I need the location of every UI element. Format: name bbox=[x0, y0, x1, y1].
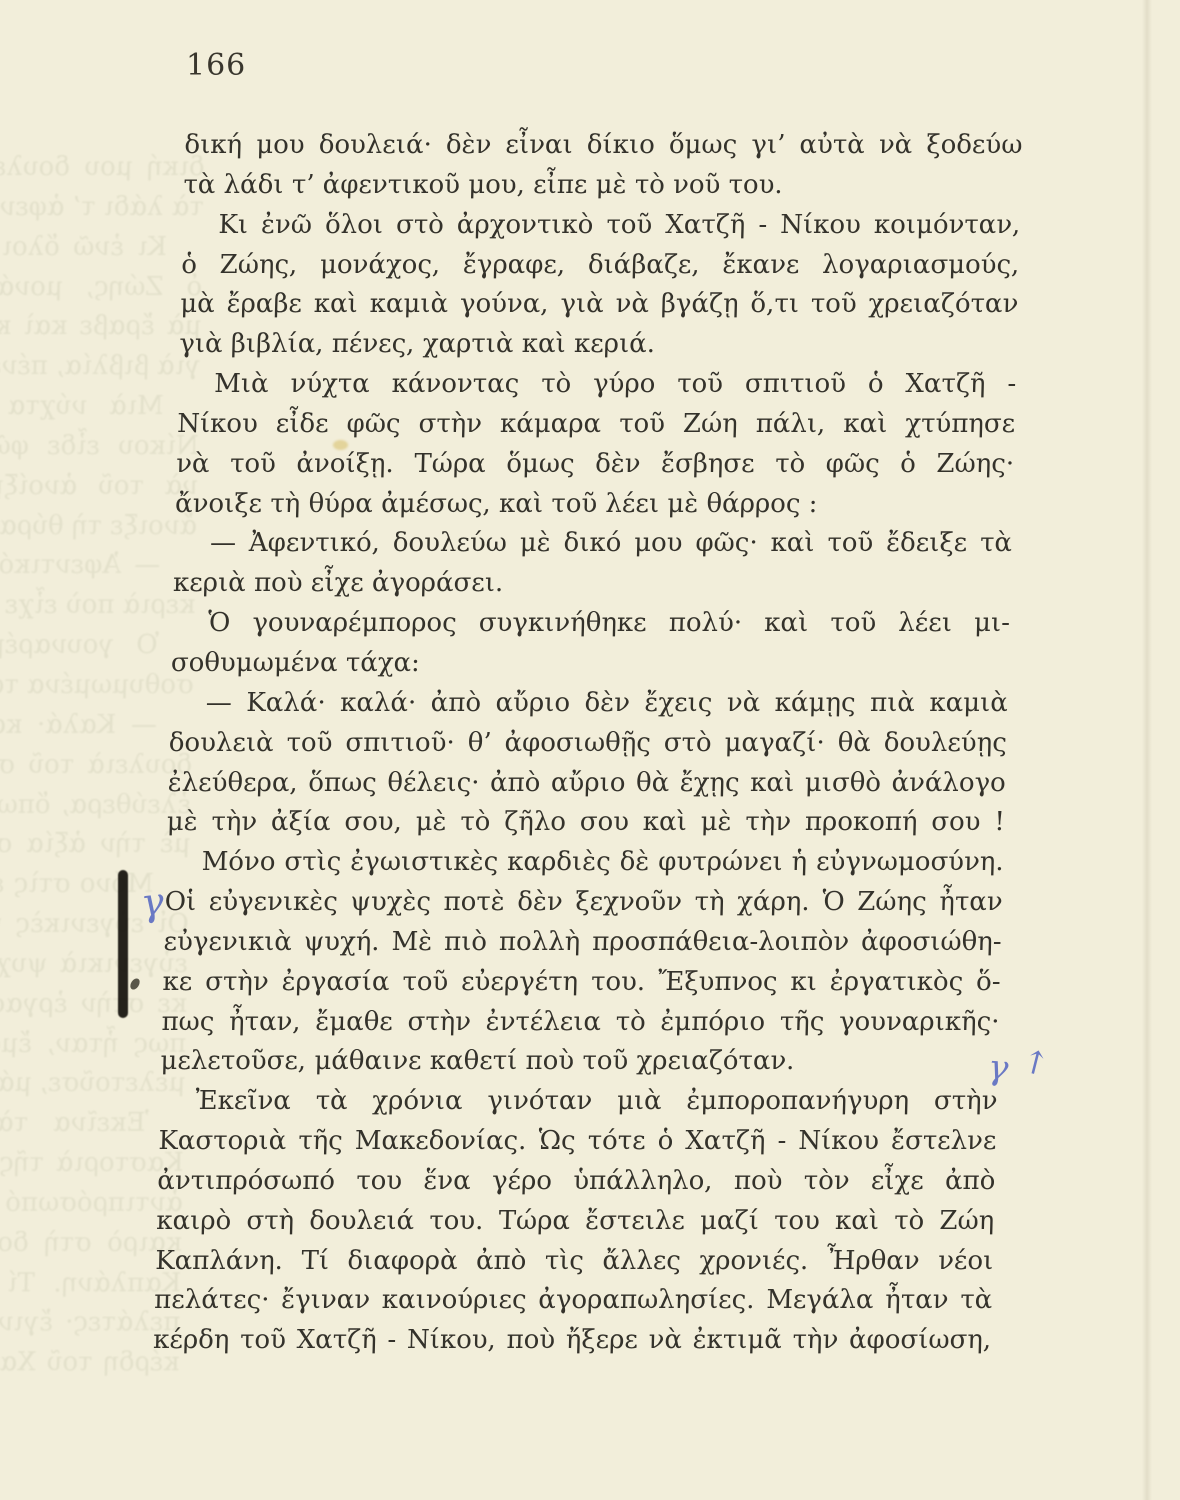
ghost-text-line: Ἐκεῖνα τὰ χρόνια γινόταν μιὰ ἐμποροπανήγ… bbox=[0, 1104, 185, 1144]
text-line: νὰ τοῦ ἀνοίξῃ. Τώρα ὅμως δὲν ἔσβησε τὸ φ… bbox=[176, 445, 1015, 485]
ghost-text-line: ἐλεύθερα, ὅπως θέλεις· ἀπὸ αὔριο θὰ ἔχῃς… bbox=[0, 786, 192, 826]
ghost-text-line: Κι ἐνῶ ὅλοι στὸ ἀρχοντικὸ τοῦ Χατζῆ - Νί… bbox=[0, 228, 203, 268]
text-line: Ἐκεῖνα τὰ χρόνια γινόταν μιὰ ἐμποροπανήγ… bbox=[159, 1082, 998, 1122]
body-text: δική μου δουλειά· δὲν εἶναι δίκιο ὅμως γ… bbox=[153, 126, 1023, 1361]
text-line: μὲ τὴν ἀξία σου, μὲ τὸ ζῆλο σου καὶ μὲ τ… bbox=[166, 803, 1005, 843]
ghost-text-line: Μόνο στὶς ἐγωιστικὲς καρδιὲς δὲ φυτρώνει… bbox=[0, 865, 190, 905]
text-line: Ὁ γουναρέμπορος συγκινήθηκε πολύ· καὶ το… bbox=[171, 604, 1010, 644]
ghost-text-line: Ὁ γουναρέμπορος συγκινήθηκε πολύ· καὶ το… bbox=[0, 626, 195, 666]
scan-artifact-strip bbox=[118, 870, 128, 1018]
ghost-text-line: δική μου δουλειά· δὲν εἶναι δίκιο ὅμως γ… bbox=[0, 148, 205, 188]
ghost-text-line: δουλειὰ τοῦ σπιτιοῦ· θ’ ἀφοσιωθῇς στὸ μα… bbox=[0, 746, 192, 786]
text-line: πως ἦταν, ἔμαθε στὴν ἐντέλεια τὸ ἐμπόριο… bbox=[161, 1003, 1000, 1043]
ghost-text-line: μὰ ἔραβε καὶ καμιὰ γούνα, γιὰ νὰ βγάζῃ ὅ… bbox=[0, 307, 202, 347]
ghost-text-line: — Καλά· καλά· ἀπὸ αὔριο δὲν ἔχεις νὰ κάμ… bbox=[0, 706, 193, 746]
ghost-text-line: ὁ Ζώης, μονάχος, ἔγραφε, διάβαζε, ἔκανε … bbox=[0, 268, 202, 308]
text-line: Μόνο στὶς ἐγωιστικὲς καρδιὲς δὲ φυτρώνει… bbox=[165, 843, 1004, 883]
text-line: κεριὰ ποὺ εἶχε ἀγοράσει. bbox=[172, 564, 1011, 604]
ink-speck bbox=[128, 977, 141, 991]
ghost-text-line: πως ἦταν, ἔμαθε στὴν ἐντέλεια τὸ ἐμπόριο… bbox=[0, 1025, 187, 1065]
text-line: πελάτες· ἔγιναν καινούριες ἀγοραπωλησίες… bbox=[154, 1281, 993, 1321]
ghost-text-line: Νίκου εἶδε φῶς στὴν κάμαρα τοῦ Ζώη πάλι,… bbox=[0, 427, 199, 467]
ghost-text-line: εὐγενικιὰ ψυχή. Μὲ πιὸ πολλὴ προσπάθεια-… bbox=[0, 945, 188, 985]
handwritten-inline-mark-arrow: ↑ bbox=[1018, 1041, 1053, 1084]
text-line: Καπλάνη. Τί διαφορὰ ἀπὸ τὶς ἄλλες χρονιέ… bbox=[155, 1242, 994, 1282]
text-line: ὁ Ζώης, μονάχος, ἔγραφε, διάβαζε, ἔκανε … bbox=[181, 246, 1020, 286]
ghost-text-line: κεριὰ ποὺ εἶχε ἀγοράσει. bbox=[0, 586, 196, 626]
text-line: μὰ ἔραβε καὶ καμιὰ γούνα, γιὰ νὰ βγάζῃ ὅ… bbox=[180, 285, 1019, 325]
text-line: ἀντιπρόσωπό του ἕνα γέρο ὑπάλληλο, ποὺ τ… bbox=[157, 1162, 996, 1202]
text-line: κέρδη τοῦ Χατζῆ - Νίκου, ποὺ ἤξερε νὰ ἐκ… bbox=[153, 1321, 992, 1361]
text-line: τὰ λάδι τ’ ἀφεντικοῦ μου, εἶπε μὲ τὸ νοῦ… bbox=[183, 166, 1022, 206]
text-line: — Καλά· καλά· ἀπὸ αὔριο δὲν ἔχεις νὰ κάμ… bbox=[169, 684, 1008, 724]
text-line: ἐλεύθερα, ὅπως θέλεις· ἀπὸ αὔριο θὰ ἔχῃς… bbox=[167, 764, 1006, 804]
page-crease-shadow bbox=[1142, 0, 1152, 1500]
text-line: κε στὴν ἐργασία τοῦ εὐεργέτη του. Ἔξυπνο… bbox=[162, 963, 1001, 1003]
ghost-text-line: μὲ τὴν ἀξία σου, μὲ τὸ ζῆλο σου καὶ μὲ τ… bbox=[0, 825, 191, 865]
page-number: 166 bbox=[186, 48, 246, 83]
text-line: εὐγενικιὰ ψυχή. Μὲ πιὸ πολλὴ προσπάθεια-… bbox=[163, 923, 1002, 963]
ghost-text-line: σοθυμωμένα τάχα: bbox=[0, 666, 194, 706]
text-line: μελετοῦσε, μάθαινε καθετί ποὺ τοῦ χρειαζ… bbox=[160, 1042, 999, 1082]
text-line: Μιὰ νύχτα κάνοντας τὸ γύρο τοῦ σπιτιοῦ ὁ… bbox=[178, 365, 1017, 405]
ghost-text-line: ἄνοιξε τὴ θύρα ἀμέσως, καὶ τοῦ λέει μὲ θ… bbox=[0, 507, 197, 547]
ghost-text-line: τὰ λάδι τ’ ἀφεντικοῦ μου, εἶπε μὲ τὸ νοῦ… bbox=[0, 188, 204, 228]
text-line: Καστοριὰ τῆς Μακεδονίας. Ὡς τότε ὁ Χατζῆ… bbox=[158, 1122, 997, 1162]
book-page: δική μου δουλειά· δὲν εἶναι δίκιο ὅμως γ… bbox=[0, 0, 1180, 1500]
text-line: δουλειὰ τοῦ σπιτιοῦ· θ’ ἀφοσιωθῇς στὸ μα… bbox=[168, 724, 1007, 764]
text-line: — Ἀφεντικό, δουλεύω μὲ δικό μου φῶς· καὶ… bbox=[174, 524, 1013, 564]
text-line: Νίκου εἶδε φῶς στὴν κάμαρα τοῦ Ζώη πάλι,… bbox=[177, 405, 1016, 445]
text-line: δική μου δουλειά· δὲν εἶναι δίκιο ὅμως γ… bbox=[184, 126, 1023, 166]
text-line: Κι ἐνῶ ὅλοι στὸ ἀρχοντικὸ τοῦ Χατζῆ - Νί… bbox=[182, 206, 1021, 246]
ghost-text-line: γιὰ βιβλία, πένες, χαρτιὰ καὶ κεριά. bbox=[0, 347, 201, 387]
text-line: γιὰ βιβλία, πένες, χαρτιὰ καὶ κεριά. bbox=[179, 325, 1018, 365]
ghost-text-line: μελετοῦσε, μάθαινε καθετί ποὺ τοῦ χρειαζ… bbox=[0, 1064, 186, 1104]
text-line: Οἱ εὐγενικὲς ψυχὲς ποτὲ δὲν ξεχνοῦν τὴ χ… bbox=[164, 883, 1003, 923]
ghost-text-line: — Ἀφεντικό, δουλεύω μὲ δικό μου φῶς· καὶ… bbox=[0, 546, 197, 586]
ghost-text-line: κε στὴν ἐργασία τοῦ εὐεργέτη του. Ἔξυπνο… bbox=[0, 985, 187, 1025]
ghost-text-line: Μιὰ νύχτα κάνοντας τὸ γύρο τοῦ σπιτιοῦ ὁ… bbox=[0, 387, 200, 427]
ghost-text-line: Οἱ εὐγενικὲς ψυχὲς ποτὲ δὲν ξεχνοῦν τὴ χ… bbox=[0, 905, 189, 945]
handwritten-margin-mark: γ bbox=[139, 879, 166, 925]
paper-stain bbox=[333, 440, 348, 450]
ghost-text-line: νὰ τοῦ ἀνοίξῃ. Τώρα ὅμως δὲν ἔσβησε τὸ φ… bbox=[0, 467, 198, 507]
text-line: σοθυμωμένα τάχα: bbox=[170, 644, 1009, 684]
text-line: καιρὸ στὴ δουλειά του. Τώρα ἔστειλε μαζί… bbox=[156, 1202, 995, 1242]
text-line: ἄνοιξε τὴ θύρα ἀμέσως, καὶ τοῦ λέει μὲ θ… bbox=[175, 485, 1014, 525]
